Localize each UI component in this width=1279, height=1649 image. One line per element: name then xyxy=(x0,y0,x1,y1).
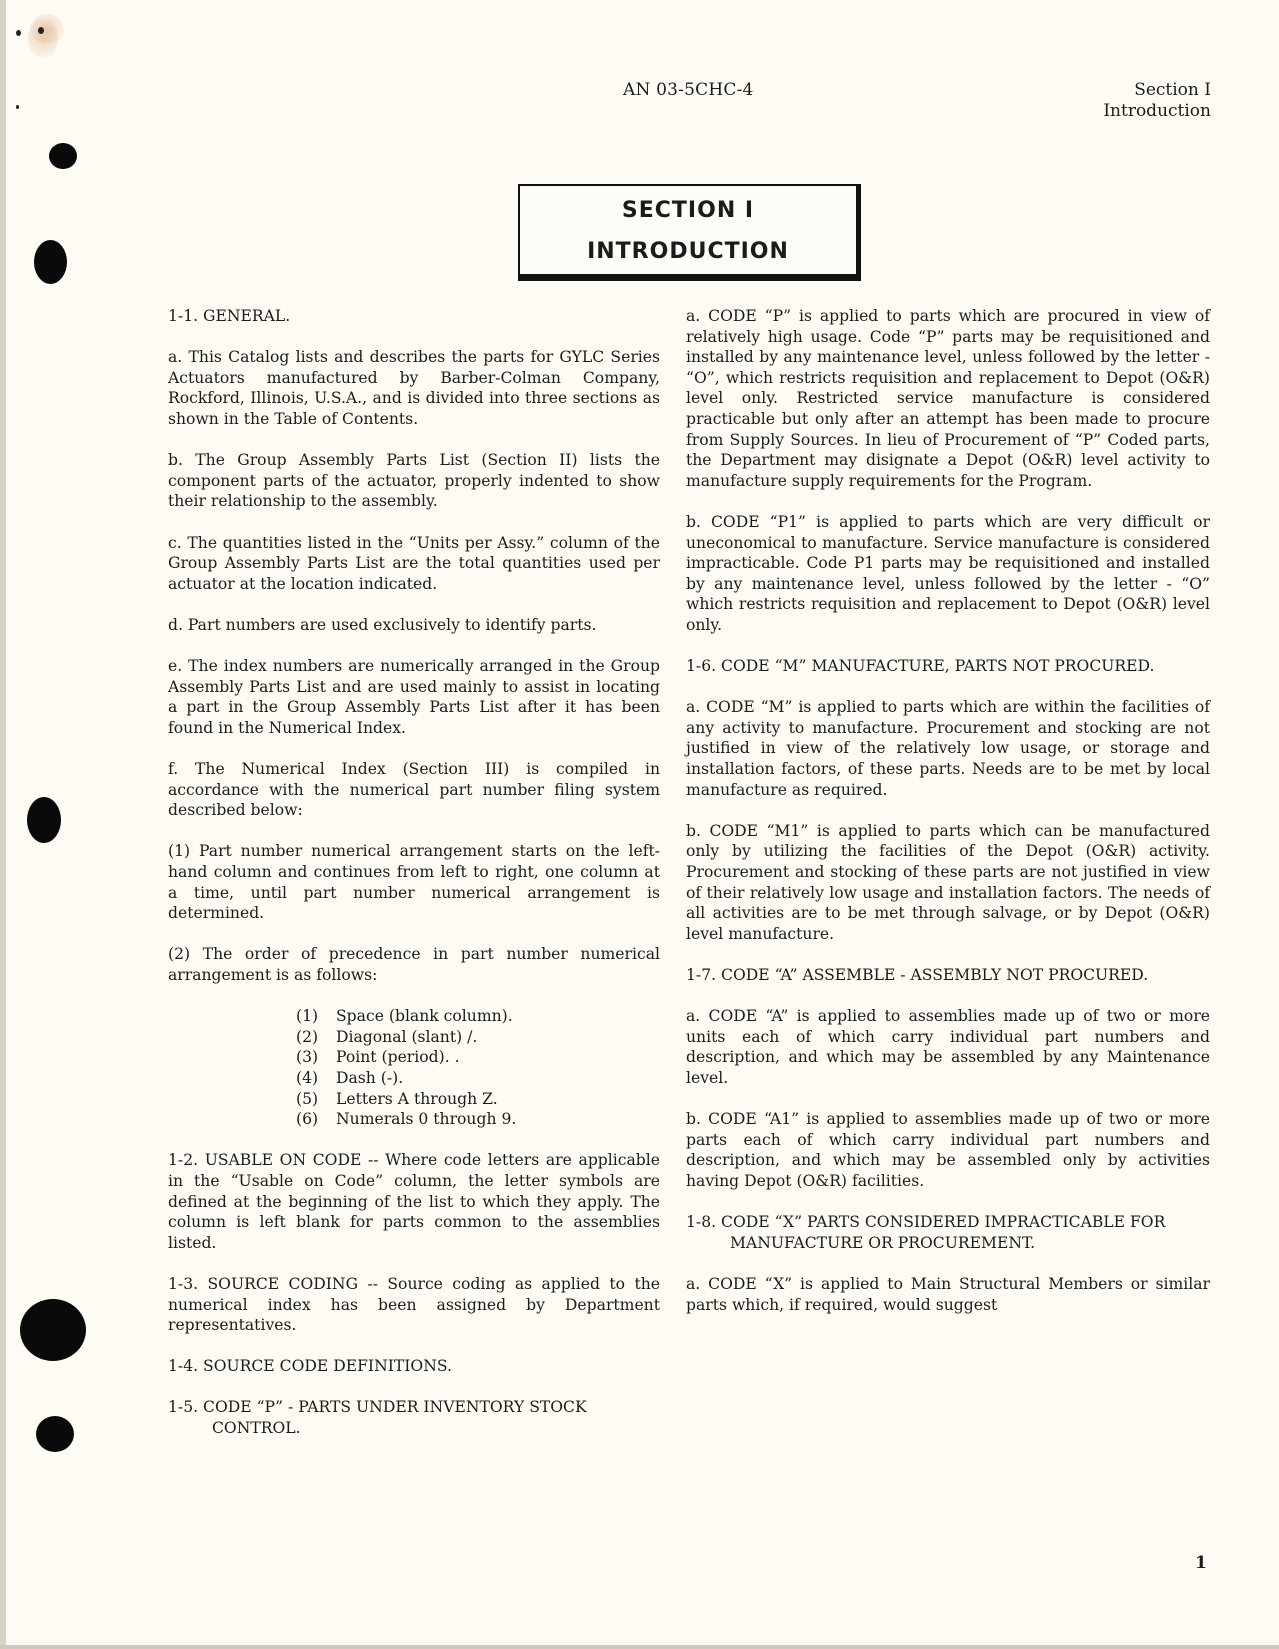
heading-1-1: 1-1. GENERAL. xyxy=(168,306,660,327)
paragraph-1-1-f: f. The Numerical Index (Section III) is … xyxy=(168,759,660,821)
paragraph-1-3: 1-3. SOURCE CODING -- Source coding as a… xyxy=(168,1274,660,1336)
heading-1-7: 1-7. CODE “A” ASSEMBLE - ASSEMBLY NOT PR… xyxy=(686,965,1210,986)
paragraph-1-8-a: a. CODE “X” is applied to Main Structura… xyxy=(686,1274,1210,1315)
heading-1-5: 1-5. CODE “P” - PARTS UNDER INVENTORY ST… xyxy=(168,1397,660,1438)
precedence-list: (1)Space (blank column). (2)Diagonal (sl… xyxy=(296,1006,660,1130)
section-title: SECTION I xyxy=(520,198,856,223)
paragraph-1-6-a: a. CODE “M” is applied to parts which ar… xyxy=(686,697,1210,800)
punch-hole xyxy=(36,1416,74,1452)
page-edge xyxy=(0,0,6,1649)
right-column: a. CODE “P” is applied to parts which ar… xyxy=(686,306,1210,1336)
paragraph-1-1-e: e. The index numbers are numerically arr… xyxy=(168,656,660,738)
list-item: (5)Letters A through Z. xyxy=(296,1089,660,1110)
list-item: (3)Point (period). . xyxy=(296,1047,660,1068)
heading-1-4: 1-4. SOURCE CODE DEFINITIONS. xyxy=(168,1356,660,1377)
document-number: AN 03-5CHC-4 xyxy=(623,80,754,100)
list-item: (4)Dash (-). xyxy=(296,1068,660,1089)
punch-hole xyxy=(34,240,67,284)
section-subtitle: INTRODUCTION xyxy=(520,239,856,264)
paragraph-1-1-c: c. The quantities listed in the “Units p… xyxy=(168,533,660,595)
section-name: Introduction xyxy=(1103,101,1211,122)
heading-1-6: 1-6. CODE “M” MANUFACTURE, PARTS NOT PRO… xyxy=(686,656,1210,677)
page-number: 1 xyxy=(1195,1553,1207,1573)
paragraph-1-5-a: a. CODE “P” is applied to parts which ar… xyxy=(686,306,1210,491)
paragraph-1-5-b: b. CODE “P1” is applied to parts which a… xyxy=(686,512,1210,636)
section-label: Section I xyxy=(1103,80,1211,101)
list-item: (1)Space (blank column). xyxy=(296,1006,660,1027)
paragraph-1-1-f-2: (2) The order of precedence in part numb… xyxy=(168,944,660,985)
paragraph-1-7-a: a. CODE “A” is applied to assemblies mad… xyxy=(686,1006,1210,1088)
paragraph-1-1-d: d. Part numbers are used exclusively to … xyxy=(168,615,660,636)
paragraph-1-1-b: b. The Group Assembly Parts List (Sectio… xyxy=(168,450,660,512)
punch-hole xyxy=(20,1299,86,1361)
stain-mark xyxy=(30,14,64,44)
section-title-box: SECTION I INTRODUCTION xyxy=(518,184,861,281)
page-edge-bottom xyxy=(0,1645,1279,1649)
list-item: (6)Numerals 0 through 9. xyxy=(296,1109,660,1130)
paragraph-1-6-b: b. CODE “M1” is applied to parts which c… xyxy=(686,821,1210,945)
running-header: Section I Introduction xyxy=(1103,80,1211,122)
punch-hole xyxy=(27,797,61,843)
punch-hole xyxy=(49,143,77,169)
heading-1-8: 1-8. CODE “X” PARTS CONSIDERED IMPRACTIC… xyxy=(686,1212,1210,1253)
list-item: (2)Diagonal (slant) /. xyxy=(296,1027,660,1048)
paragraph-1-1-a: a. This Catalog lists and describes the … xyxy=(168,347,660,429)
speck-mark xyxy=(16,30,21,36)
paragraph-1-1-f-1: (1) Part number numerical arrangement st… xyxy=(168,841,660,923)
speck-mark xyxy=(16,105,19,109)
paragraph-1-7-b: b. CODE “A1” is applied to assemblies ma… xyxy=(686,1109,1210,1191)
paragraph-1-2: 1-2. USABLE ON CODE -- Where code letter… xyxy=(168,1150,660,1253)
speck-mark xyxy=(38,27,44,34)
left-column: 1-1. GENERAL. a. This Catalog lists and … xyxy=(168,306,660,1459)
